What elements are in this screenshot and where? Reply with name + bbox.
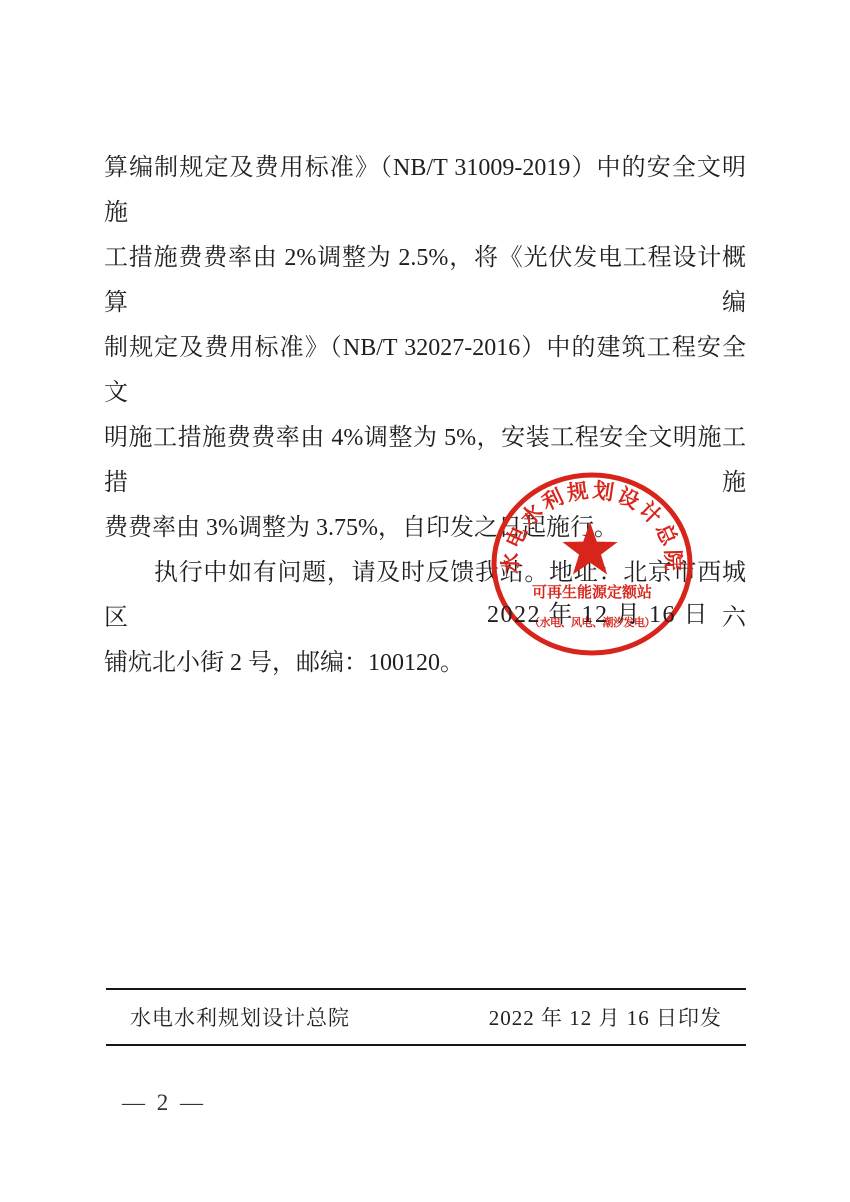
body-line: 算编制规定及费用标准》（NB/T 31009-2019）中的安全文明施 xyxy=(104,146,746,236)
official-seal: 水电水利规划设计总院 可再生能源定额站 （水电、风电、潮汐发电） xyxy=(482,464,702,664)
page-number: — 2 — xyxy=(122,1090,206,1116)
document-page: 算编制规定及费用标准》（NB/T 31009-2019）中的安全文明施 工措施费… xyxy=(0,0,850,1202)
seal-star-icon xyxy=(562,522,617,575)
footer-print-date: 2022 年 12 月 16 日印发 xyxy=(489,1002,722,1032)
body-line: 制规定及费用标准》（NB/T 32027-2016）中的建筑工程安全文 xyxy=(104,326,746,416)
footer: 水电水利规划设计总院 2022 年 12 月 16 日印发 xyxy=(106,988,746,1046)
body-line: 工措施费费率由 2%调整为 2.5%，将《光伏发电工程设计概算编 xyxy=(104,236,746,326)
footer-issuer: 水电水利规划设计总院 xyxy=(130,1002,350,1032)
footer-bottom-rule xyxy=(106,1044,746,1046)
issue-date: 2022 年 12 月 16 日 xyxy=(487,594,709,629)
